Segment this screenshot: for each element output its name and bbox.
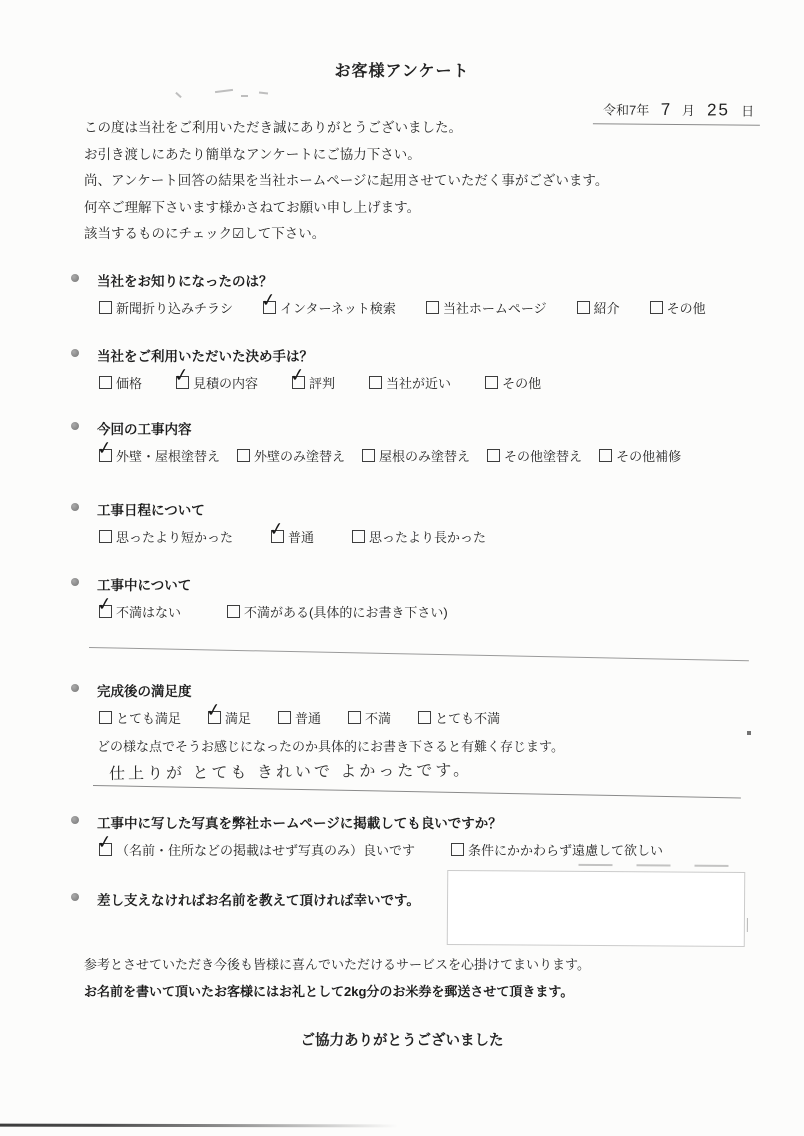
checkbox-option[interactable]: 不満がある(具体的にお書き下さい) [227, 602, 448, 621]
date-day-suffix: 日 [741, 104, 754, 119]
checkbox-option[interactable]: 外壁のみ塗替え [237, 446, 345, 465]
checked-checkbox-icon: ✓ [99, 843, 112, 856]
checkbox-option[interactable]: 不満 [348, 708, 391, 727]
section-question: 当社をお知りになったのは？ [97, 270, 804, 290]
checkbox-icon [485, 376, 498, 389]
checkbox-option[interactable]: 思ったより長かった [352, 527, 486, 546]
options-row: とても満足✓満足普通不満とても不満 [99, 708, 804, 727]
date-month-handwritten: 7 [652, 99, 678, 120]
checkbox-icon [99, 711, 112, 724]
option-label: （名前・住所などの掲載はせず写真のみ）良いです [116, 840, 415, 859]
date-era-label: 令和7年 [603, 102, 649, 117]
checkbox-option[interactable]: 当社ホームページ [426, 298, 547, 317]
option-label: 外壁のみ塗替え [254, 446, 345, 465]
options-row: 新聞折り込みチラシ✓インターネット検索当社ホームページ紹介その他 [99, 298, 804, 317]
checkbox-option[interactable]: ✓満足 [208, 708, 251, 727]
section-bullet-icon [71, 422, 79, 430]
survey-section: 工事日程について思ったより短かった✓普通思ったより長かった [97, 499, 804, 546]
section-question: 工事中に写した写真を弊社ホームページに掲載しても良いですか？ [97, 812, 804, 832]
checked-checkbox-icon: ✓ [99, 605, 112, 618]
checked-checkbox-icon: ✓ [176, 376, 189, 389]
comment-rule-line [89, 647, 749, 661]
checked-checkbox-icon: ✓ [271, 530, 284, 543]
intro-paragraph: この度は当社をご利用いただき誠にありがとうございました。 お引き渡しにあたり簡単… [84, 115, 804, 248]
checkbox-option[interactable]: 思ったより短かった [99, 527, 233, 546]
option-label: 普通 [295, 708, 321, 727]
checkbox-option[interactable]: 紹介 [577, 298, 620, 317]
option-label: 評判 [309, 373, 335, 392]
checkbox-option[interactable]: その他塗替え [487, 446, 582, 465]
checkbox-icon [426, 301, 439, 314]
section-question: 当社をご利用いただいた決め手は？ [97, 345, 804, 365]
checkbox-icon [650, 301, 663, 314]
section-bullet-icon [71, 893, 79, 901]
survey-section: 完成後の満足度とても満足✓満足普通不満とても不満どの様な点でそうお感じになったの… [97, 680, 804, 786]
checkbox-option[interactable]: その他 [650, 298, 706, 317]
option-label: 条件にかかわらず遠慮して欲しい [468, 840, 663, 859]
checkbox-option[interactable]: その他 [485, 373, 541, 392]
survey-section: 工事中に写した写真を弊社ホームページに掲載しても良いですか？✓（名前・住所などの… [97, 812, 804, 859]
checkbox-option[interactable]: ✓普通 [271, 527, 314, 546]
checkbox-icon [599, 449, 612, 462]
options-row: 思ったより短かった✓普通思ったより長かった [99, 527, 804, 546]
checkbox-option[interactable]: ✓外壁・屋根塗替え [99, 446, 220, 465]
handwritten-check-icon: ✓ [260, 290, 277, 310]
options-row: ✓不満はない不満がある(具体的にお書き下さい) [99, 602, 804, 621]
handwritten-check-icon: ✓ [205, 700, 222, 720]
checkbox-icon [99, 530, 112, 543]
option-label: 普通 [288, 527, 314, 546]
survey-section: 当社をご利用いただいた決め手は？価格✓見積の内容✓評判当社が近いその他 [97, 345, 804, 392]
survey-section: 今回の工事内容✓外壁・屋根塗替え外壁のみ塗替え屋根のみ塗替えその他塗替えその他補… [97, 418, 804, 465]
options-row: 価格✓見積の内容✓評判当社が近いその他 [99, 373, 804, 392]
option-label: 思ったより長かった [369, 527, 486, 546]
sections: 当社をお知りになったのは？新聞折り込みチラシ✓インターネット検索当社ホームページ… [97, 270, 804, 909]
option-label: インターネット検索 [280, 298, 396, 317]
footer-line-bold: お名前を書いて頂いたお客様にはお礼として2kg分のお米券を郵送させて頂きます。 [84, 978, 804, 1005]
option-label: 紹介 [594, 298, 620, 317]
option-label: とても満足 [116, 708, 181, 727]
option-label: 当社ホームページ [443, 298, 547, 317]
checkbox-icon [352, 530, 365, 543]
survey-section: 工事中について✓不満はない不満がある(具体的にお書き下さい) [97, 574, 804, 648]
option-label: 屋根のみ塗替え [379, 446, 470, 465]
section-bullet-icon [71, 578, 79, 586]
option-label: 満足 [225, 708, 251, 727]
survey-section: 差し支えなければお名前を教えて頂ければ幸いです。 [97, 889, 804, 909]
section-bullet-icon [71, 349, 79, 357]
checked-checkbox-icon: ✓ [208, 711, 221, 724]
option-label: 不満 [365, 708, 391, 727]
option-label: 新聞折り込みチラシ [116, 298, 233, 317]
checked-checkbox-icon: ✓ [292, 376, 305, 389]
intro-line: 該当するものにチェック☑して下さい。 [84, 221, 804, 248]
option-label: その他 [667, 298, 706, 317]
handwritten-check-icon: ✓ [173, 365, 190, 385]
section-bullet-icon [71, 503, 79, 511]
option-label: 思ったより短かった [116, 527, 233, 546]
checkbox-option[interactable]: ✓（名前・住所などの掲載はせず写真のみ）良いです [99, 840, 415, 859]
checkbox-icon [237, 449, 250, 462]
checkbox-icon [99, 301, 112, 314]
checkbox-option[interactable]: ✓見積の内容 [176, 373, 258, 392]
option-label: とても不満 [435, 708, 500, 727]
scanned-survey-page: お客様アンケート 令和7年 7 月 25 日 この度は当社をご利用いただき誠にあ… [0, 0, 804, 1136]
checkbox-option[interactable]: ✓インターネット検索 [263, 298, 396, 317]
checkbox-option[interactable]: ✓評判 [292, 373, 335, 392]
options-row: ✓外壁・屋根塗替え外壁のみ塗替え屋根のみ塗替えその他塗替えその他補修 [99, 446, 804, 465]
handwritten-check-icon: ✓ [96, 438, 113, 458]
section-question: 工事中について [97, 574, 804, 594]
option-label: 不満はない [116, 602, 181, 621]
checkbox-option[interactable]: とても不満 [418, 708, 500, 727]
checkbox-icon [451, 843, 464, 856]
checkbox-icon [278, 711, 291, 724]
checkbox-option[interactable]: 普通 [278, 708, 321, 727]
date-month-suffix: 月 [682, 103, 695, 118]
handwritten-check-icon: ✓ [268, 519, 285, 539]
redacted-ink-marks [175, 86, 285, 102]
checkbox-icon [369, 376, 382, 389]
section-question: 完成後の満足度 [97, 680, 804, 700]
handwritten-check-icon: ✓ [289, 365, 306, 385]
options-row: ✓（名前・住所などの掲載はせず写真のみ）良いです条件にかかわらず遠慮して欲しい [99, 840, 804, 859]
section-bullet-icon [71, 684, 79, 692]
option-label: その他塗替え [504, 446, 582, 465]
option-label: 当社が近い [386, 373, 451, 392]
checkbox-option[interactable]: 新聞折り込みチラシ [99, 298, 233, 317]
checked-checkbox-icon: ✓ [99, 449, 112, 462]
footer-paragraph: 参考とさせていただき今後も皆様に喜んでいただけるサービスを心掛けてまいります。 … [84, 951, 804, 1005]
date-field: 令和7年 7 月 25 日 [593, 99, 760, 125]
checkbox-icon [362, 449, 375, 462]
section-question: 今回の工事内容 [97, 418, 804, 438]
checkbox-option[interactable]: その他補修 [599, 446, 681, 465]
thanks-message: ご協力ありがとうございました [0, 1029, 804, 1050]
checkbox-icon [227, 605, 240, 618]
section-question: 工事日程について [97, 499, 804, 519]
redacted-name-box[interactable] [447, 869, 746, 946]
checkbox-icon [487, 449, 500, 462]
date-day-handwritten: 25 [698, 100, 737, 120]
handwritten-check-icon: ✓ [96, 594, 113, 614]
checkbox-option[interactable]: 屋根のみ塗替え [362, 446, 470, 465]
option-label: その他補修 [616, 446, 681, 465]
section-bullet-icon [71, 816, 79, 824]
intro-line: 何卒ご理解下さいます様かさねてお願い申し上げます。 [84, 195, 804, 222]
page-title: お客様アンケート [0, 0, 804, 81]
intro-line: 尚、アンケート回答の結果を当社ホームページに起用させていただく事がございます。 [84, 168, 804, 195]
followup-prompt: どの様な点でそうお感じになったのか具体的にお書き下さると有難く存じます。 [97, 736, 804, 755]
survey-section: 当社をお知りになったのは？新聞折り込みチラシ✓インターネット検索当社ホームページ… [97, 270, 804, 317]
checkbox-option[interactable]: 価格 [99, 373, 142, 392]
scan-speck-artifact [747, 731, 751, 735]
section-bullet-icon [71, 274, 79, 282]
checkbox-option[interactable]: 当社が近い [369, 373, 451, 392]
option-label: 不満がある(具体的にお書き下さい) [244, 602, 448, 621]
option-label: 価格 [116, 373, 142, 392]
checkbox-icon [577, 301, 590, 314]
scan-edge-artifact [0, 1124, 398, 1128]
checkbox-option[interactable]: 条件にかかわらず遠慮して欲しい [451, 840, 663, 859]
intro-line: お引き渡しにあたり簡単なアンケートにご協力下さい。 [84, 142, 804, 169]
checkbox-icon [348, 711, 361, 724]
option-label: その他 [502, 373, 541, 392]
answer-underline [93, 785, 741, 798]
option-label: 外壁・屋根塗替え [116, 446, 220, 465]
footer-line: 参考とさせていただき今後も皆様に喜んでいただけるサービスを心掛けてまいります。 [84, 951, 804, 978]
checked-checkbox-icon: ✓ [263, 301, 276, 314]
handwritten-check-icon: ✓ [96, 832, 113, 852]
checkbox-icon [99, 376, 112, 389]
checkbox-option[interactable]: とても満足 [99, 708, 181, 727]
checkbox-option[interactable]: ✓不満はない [99, 602, 181, 621]
option-label: 見積の内容 [193, 373, 258, 392]
checkbox-icon [418, 711, 431, 724]
handwritten-answer: 仕上りが とても きれいで よかったです。 [109, 753, 804, 783]
